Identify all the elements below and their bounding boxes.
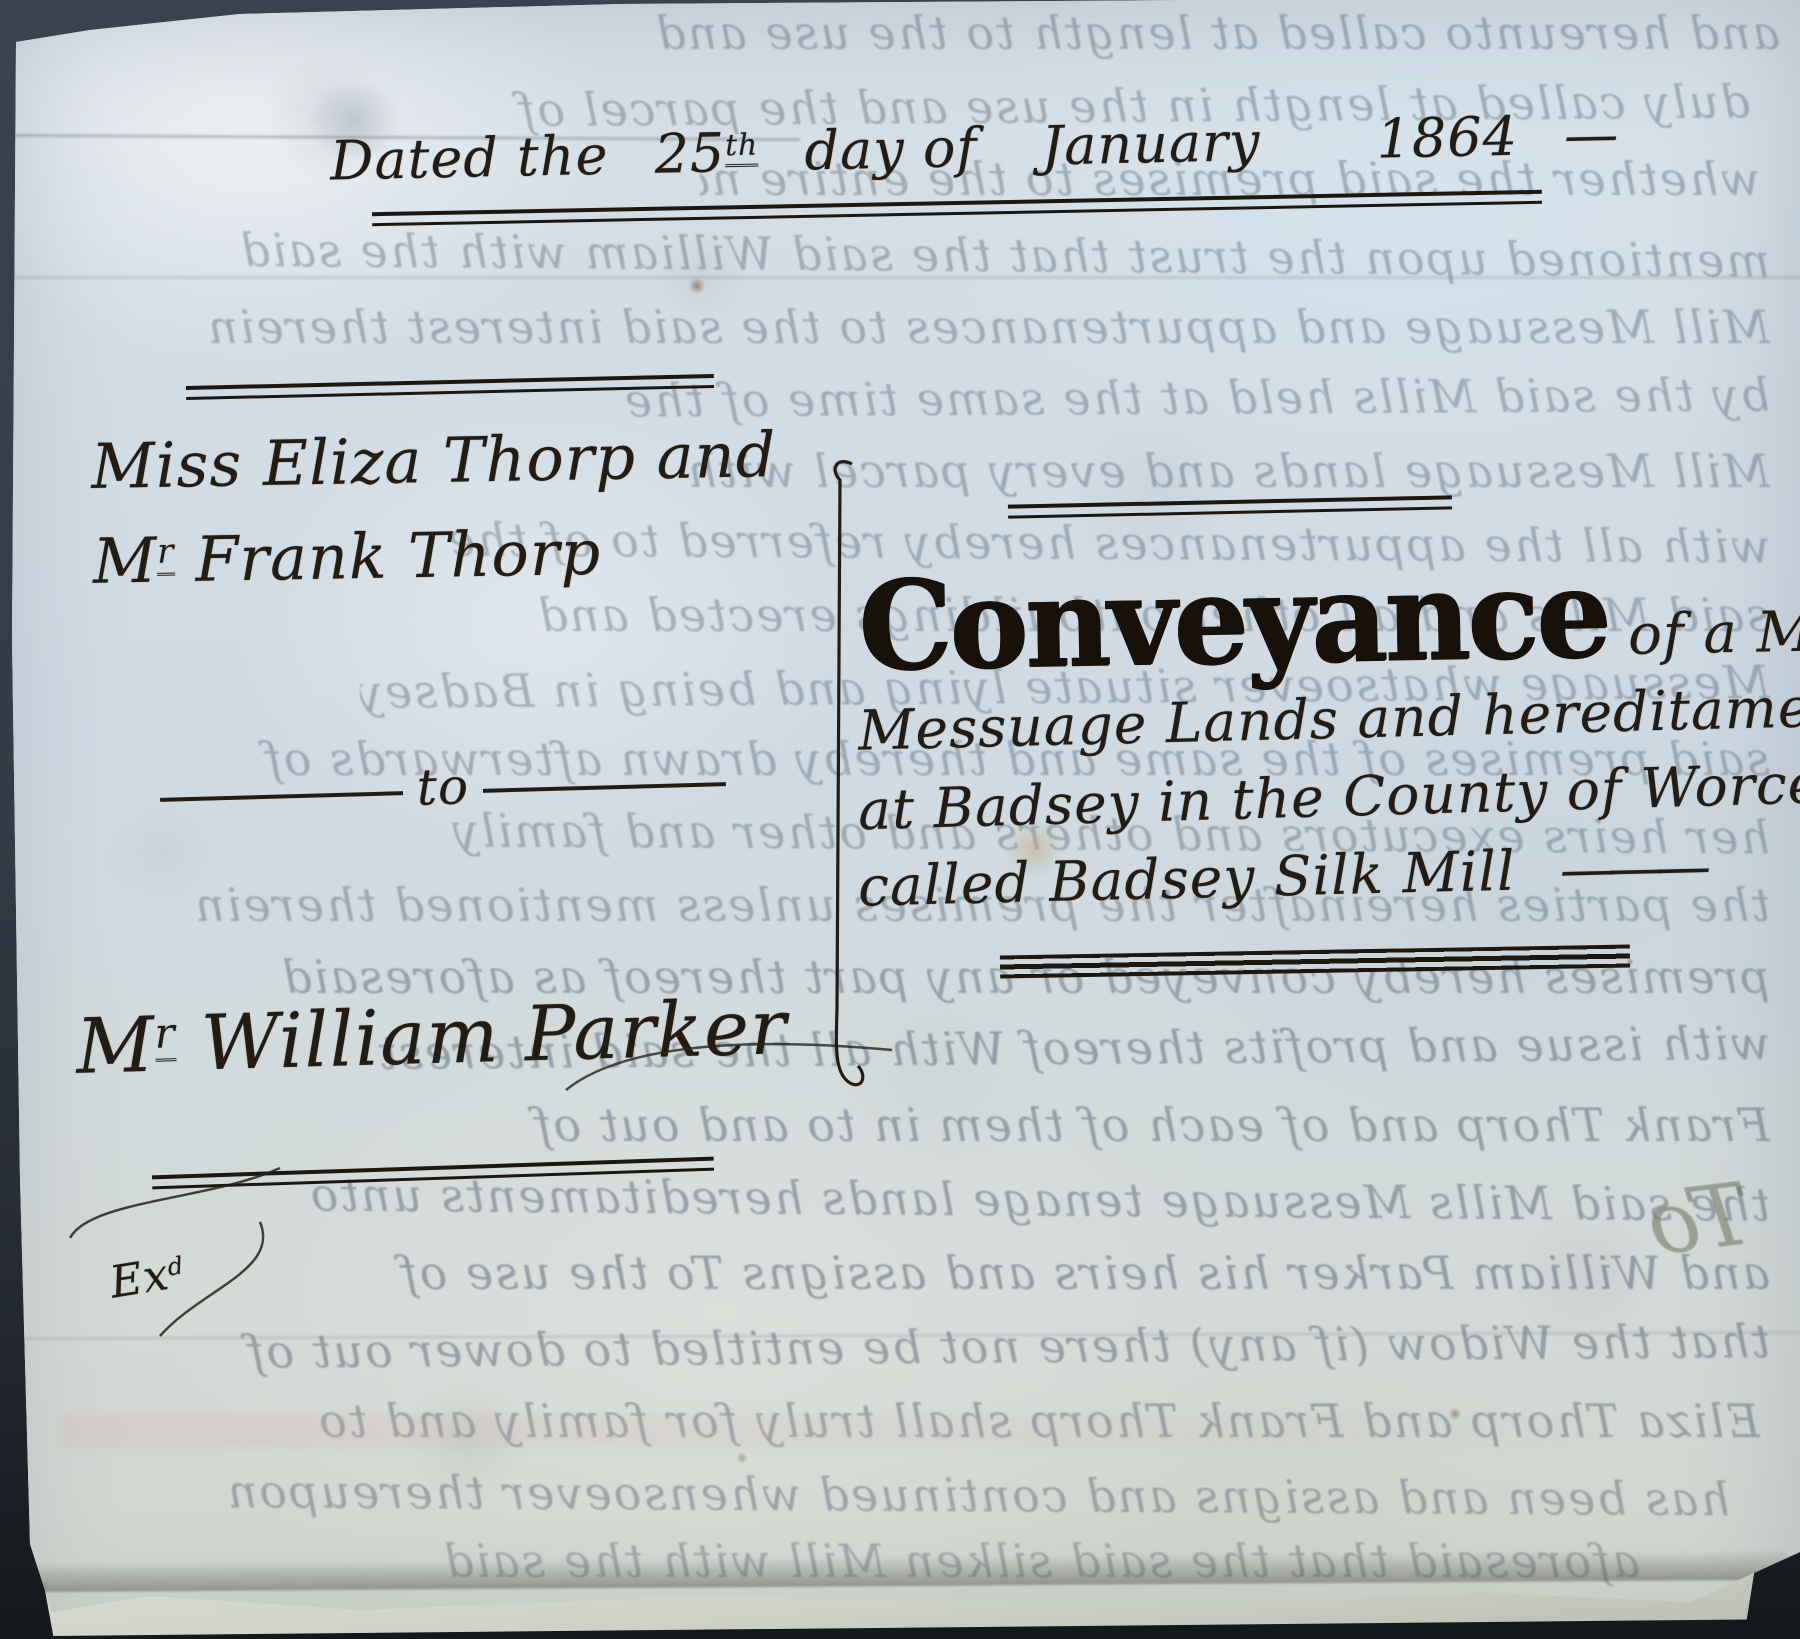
date-connector: day of	[804, 116, 978, 183]
title-line-4-dash: ———	[1559, 834, 1705, 901]
bleedthrough-line: Mill Messuage and appurtenances to the s…	[80, 300, 1770, 354]
connector-left-dash	[160, 791, 403, 802]
paper-speck	[736, 1452, 748, 1464]
title-heading-row: Conveyance of a Mill	[857, 540, 1800, 696]
date-month: January	[1041, 110, 1261, 178]
honorific-initial: M	[92, 524, 158, 598]
bleedthrough-line: has been and assigns and continued whens…	[100, 1464, 1730, 1527]
bleedthrough-line: Frank Thorp and of each of them in to an…	[60, 1098, 1770, 1152]
grantor-line-1: Miss Eliza Thorp and	[90, 412, 777, 510]
bleedthrough-flourish-mark: To	[1642, 1164, 1756, 1276]
date-prefix: Dated the	[329, 124, 609, 193]
date-year: 1864	[1376, 105, 1519, 171]
deed-title-suffix: of a Mill	[1628, 599, 1800, 668]
title-top-rule	[1008, 495, 1452, 518]
date-dash: —	[1563, 103, 1619, 167]
honorific-initial: M	[75, 1000, 156, 1091]
grantor-line-2: Mr Frank Thorp	[92, 498, 779, 605]
bleedthrough-line: and William Parker his heirs and assigns…	[80, 1246, 1770, 1300]
title-line-4: called Badsey Silk Mill ———	[857, 831, 1800, 918]
examined-flourish	[30, 1160, 290, 1390]
grantor2-name: Frank Thorp	[195, 516, 602, 596]
parchment-sheet: and hereunto called at length to the use…	[0, 0, 1800, 1639]
title-line-3: at Badsey in the County of Worcester	[857, 752, 1800, 843]
bleedthrough-line: and hereunto called at length to the use…	[60, 6, 1780, 60]
date-day: 25	[654, 121, 726, 185]
ink-stain	[688, 278, 706, 294]
deed-title: Conveyance	[857, 540, 1609, 698]
column-divider-line	[790, 448, 890, 1128]
bleedthrough-line: Eliza Thorp and Frank Thorp shall truly …	[60, 1394, 1760, 1448]
title-line-4-text: called Badsey Silk Mill	[857, 839, 1516, 919]
bleedthrough-line: mentioned upon the trust that the said W…	[120, 222, 1770, 288]
honorific-superscript: r	[154, 1008, 176, 1062]
connector-right-dash	[483, 782, 726, 793]
date-day-suffix: th	[725, 127, 759, 167]
photograph-of-deed: and hereunto called at length to the use…	[0, 0, 1800, 1639]
title-block: Conveyance of a Mill Messuage Lands and …	[858, 548, 1800, 907]
honorific-superscript: r	[157, 532, 175, 576]
bleedthrough-line: that the Widow (if any) there not be ent…	[120, 1314, 1770, 1380]
connector-to-word: to	[416, 757, 470, 816]
grantor-names: Miss Eliza Thorp and Mr Frank Thorp	[90, 412, 778, 605]
